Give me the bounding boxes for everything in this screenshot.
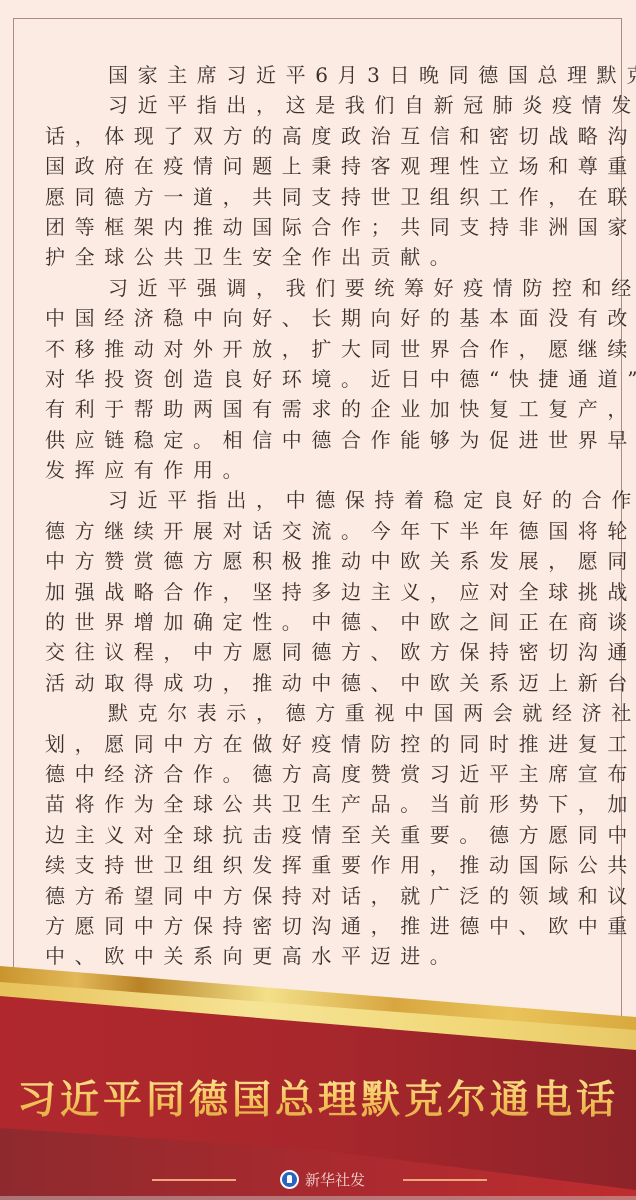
xinhua-logo-icon [280, 1170, 299, 1189]
footer-banner-background [0, 0, 636, 1200]
credit-row: 新华社发 [0, 1168, 636, 1192]
credit-text: 新华社发 [305, 1169, 365, 1190]
divider-left [152, 1179, 236, 1181]
divider-right [403, 1179, 487, 1181]
banner-title: 习近平同德国总理默克尔通电话 [0, 1072, 636, 1128]
